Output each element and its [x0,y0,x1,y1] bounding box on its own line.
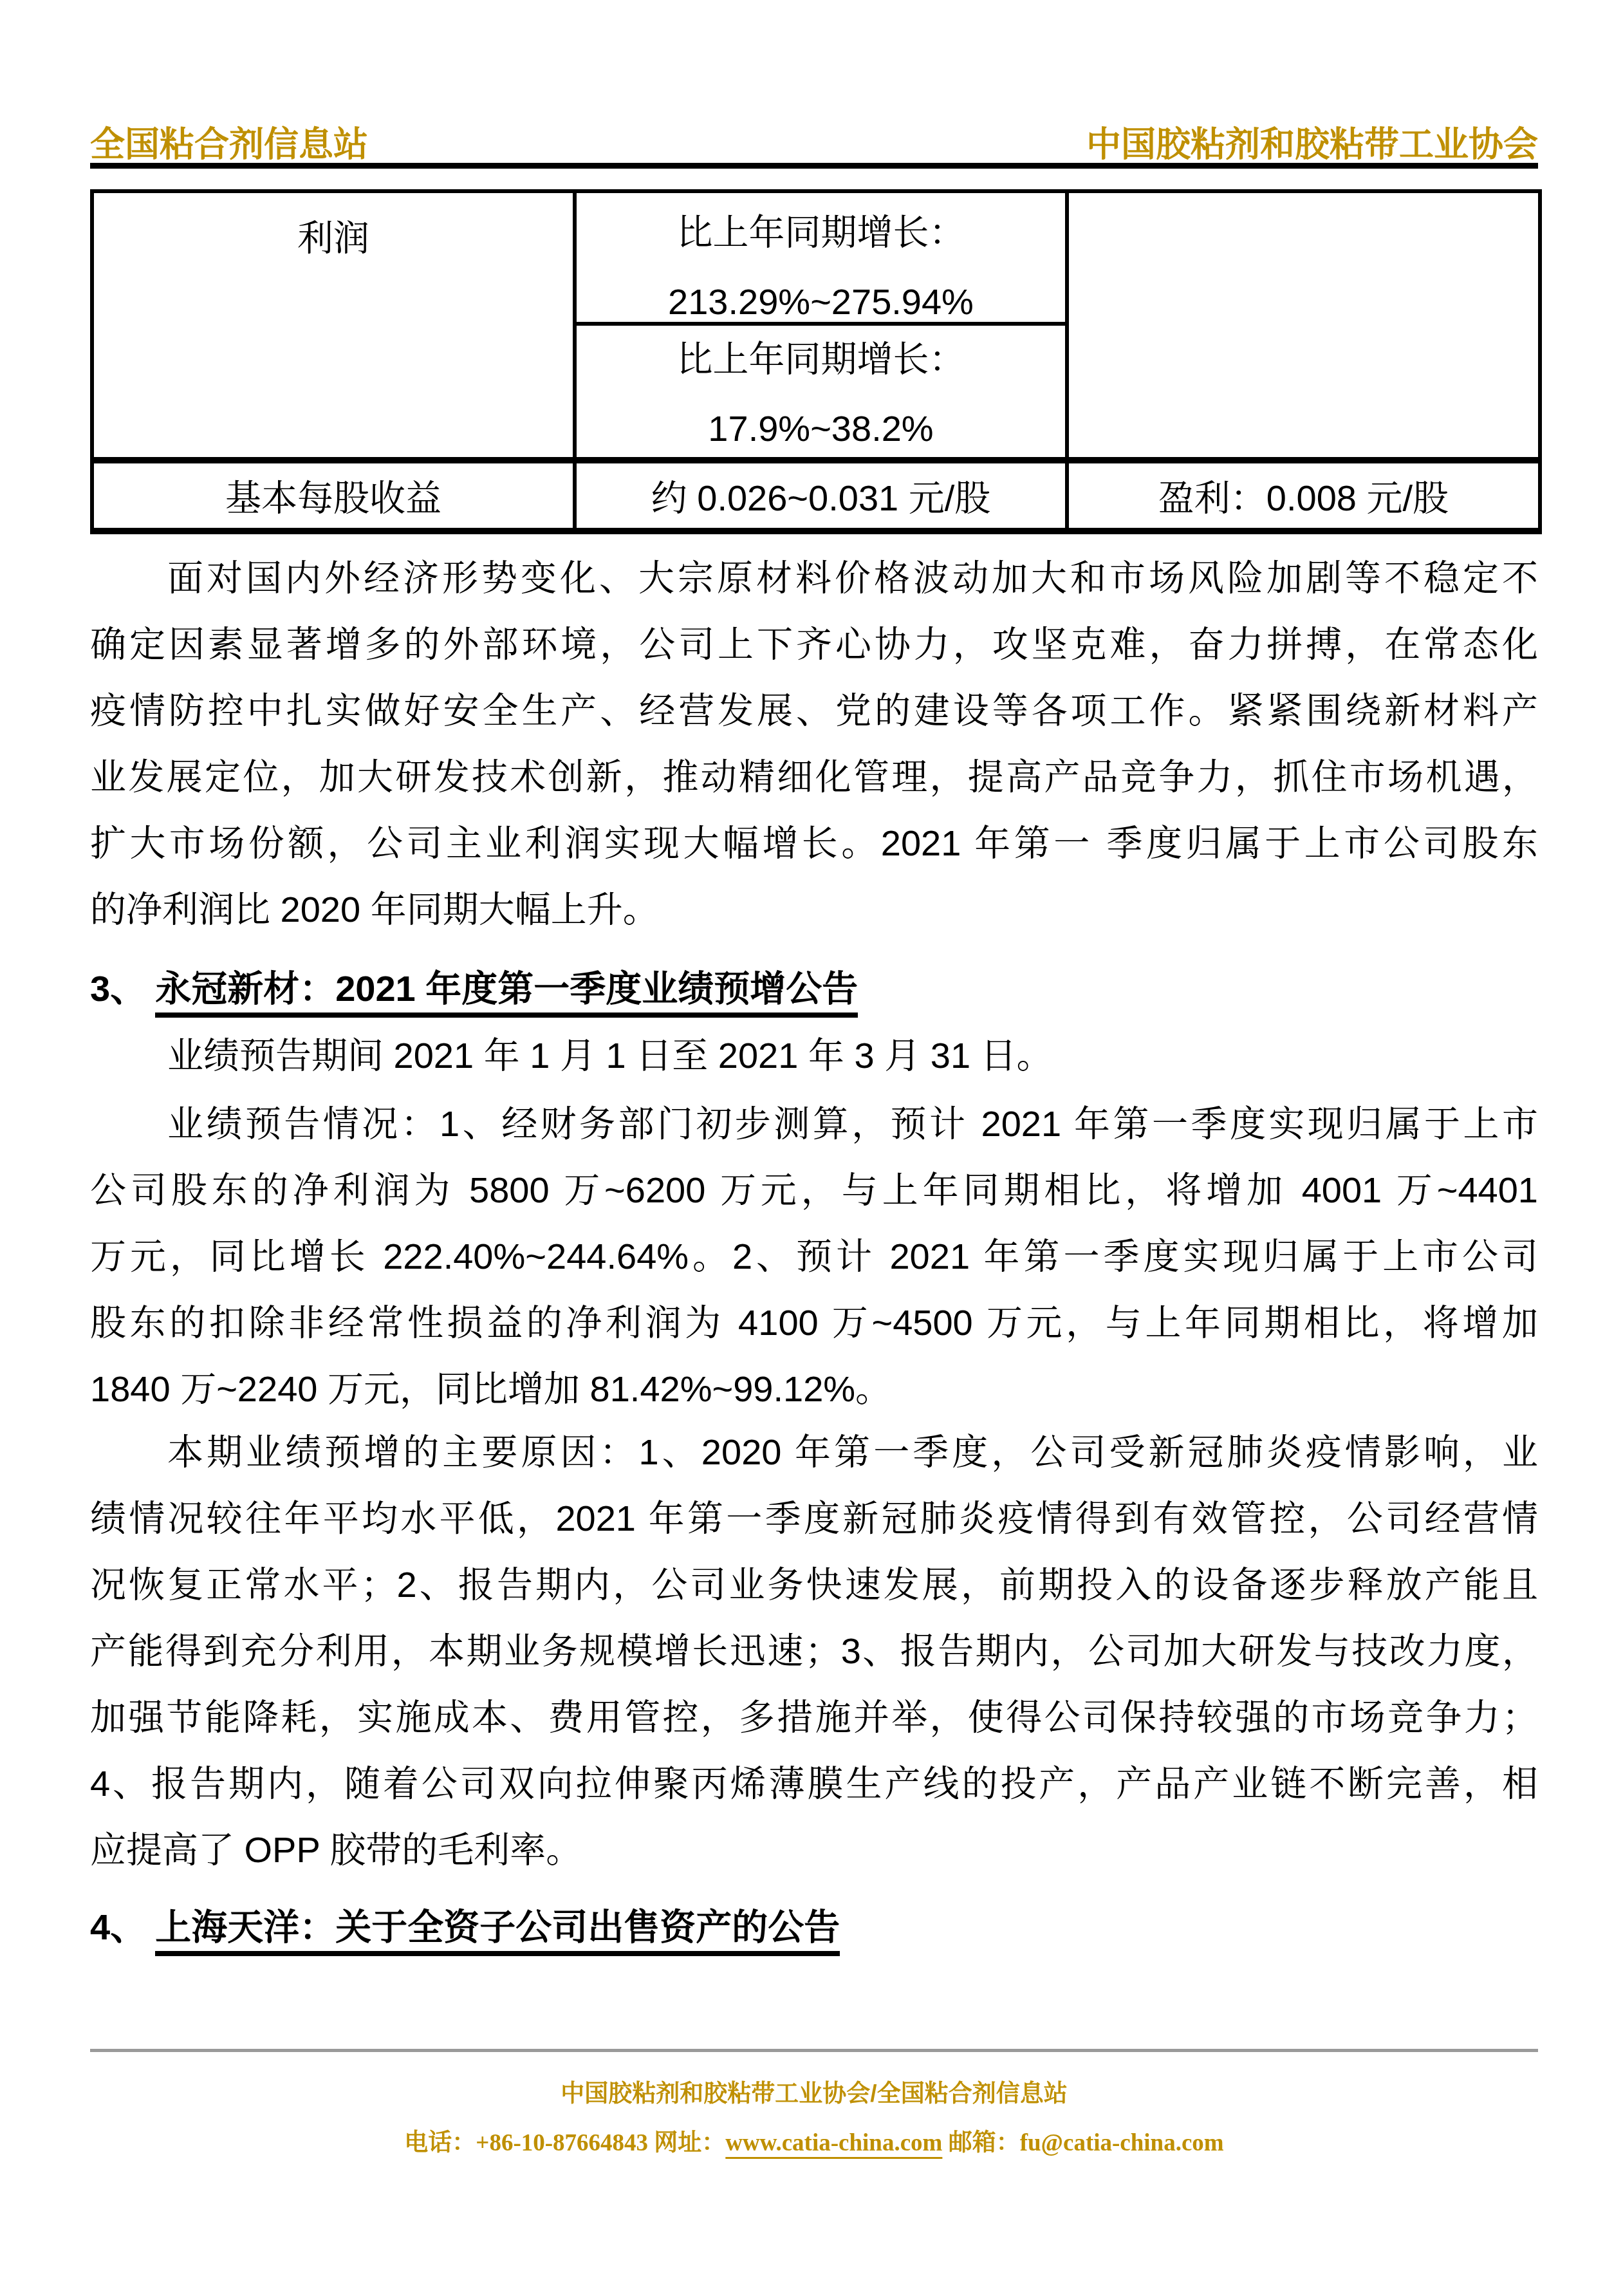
heading-title: 上海天洋：关于全资子公司出售资产的公告 [155,1907,840,1956]
empty-cell [1067,191,1540,460]
growth-bottom-value: 17.9%~38.2% [577,410,1065,447]
body-text-line: 况恢复正常水平；2、报告期内，公司业务快速发展，前期投入的设备逐步释放产能且 [90,1551,1538,1618]
header-left-title: 全国粘合剂信息站 [90,117,368,167]
body-text-line: 股东的扣除非经常性损益的净利润为 4100 万~4500 万元，与上年同期相比，… [90,1289,1538,1356]
document-page: 全国粘合剂信息站 中国胶粘剂和胶粘带工业协会 利润 比上年同期增长： 213.2… [0,0,1623,2296]
footer-contact-line: 电话：+86-10-87664843 网址：www.catia-china.co… [90,2123,1538,2158]
eps-range-cell: 约 0.026~0.031 元/股 [575,460,1067,531]
section-heading-4: 4、上海天洋：关于全资子公司出售资产的公告 [90,1904,840,1950]
footer-email-text: 邮箱：fu@catia-china.com [942,2130,1223,2156]
body-text-line: 加强节能降耗，实施成本、费用管控，多措施并举，使得公司保持较强的市场竞争力； [90,1684,1538,1750]
body-text-line: 应提高了 OPP 胶带的毛利率。 [90,1816,1538,1883]
body-text-line: 万元，同比增长 222.40%~244.64%。2、预计 2021 年第一季度实… [90,1223,1538,1289]
body-text-line: 面对国内外经济形势变化、大宗原材料价格波动加大和市场风险加剧等不稳定不 [90,545,1538,611]
section-heading-3: 3、永冠新材：2021 年度第一季度业绩预增公告 [90,966,858,1012]
website-link[interactable]: www.catia-china.com [725,2130,942,2156]
eps-label-cell: 基本每股收益 [92,460,575,531]
heading-title: 永冠新材：2021 年度第一季度业绩预增公告 [155,968,858,1018]
body-text-line: 4、报告期内，随着公司双向拉伸聚丙烯薄膜生产线的投产，产品产业链不断完善，相 [90,1750,1538,1816]
body-text-line: 本期业绩预增的主要原因：1、2020 年第一季度，公司受新冠肺炎疫情影响，业 [90,1419,1538,1485]
footer-org-line: 中国胶粘剂和胶粘带工业协会/全国粘合剂信息站 [90,2074,1538,2109]
paragraph-1: 面对国内外经济形势变化、大宗原材料价格波动加大和市场风险加剧等不稳定不 确定因素… [90,545,1538,942]
header-divider [90,163,1538,169]
paragraph-3: 本期业绩预增的主要原因：1、2020 年第一季度，公司受新冠肺炎疫情影响，业 绩… [90,1419,1538,1883]
growth-bottom-caption: 比上年同期增长： [577,341,1065,378]
forecast-period-line: 业绩预告期间 2021 年 1 月 1 日至 2021 年 3 月 31 日。 [90,1022,1538,1088]
body-text-line: 业发展定位，加大研发技术创新，推动精细化管理，提高产品竞争力，抓住市场机遇， [90,743,1538,810]
header-right-title: 中国胶粘剂和胶粘带工业协会 [1086,117,1538,167]
body-text-line: 的净利润比 2020 年同期大幅上升。 [90,876,1538,942]
paragraph-2: 业绩预告情况：1、经财务部门初步测算，预计 2021 年第一季度实现归属于上市 … [90,1090,1538,1422]
performance-table: 利润 比上年同期增长： 213.29%~275.94% 比上年同期增长： 17.… [90,189,1542,534]
profit-label: 利润 [297,218,369,258]
body-text-line: 1840 万~2240 万元，同比增加 81.42%~99.12%。 [90,1356,1538,1422]
body-text-line: 扩大市场份额，公司主业利润实现大幅增长。2021 年第一 季度归属于上市公司股东 [90,810,1538,876]
body-text-line: 公司股东的净利润为 5800 万~6200 万元，与上年同期相比，将增加 400… [90,1157,1538,1223]
body-text-line: 绩情况较往年平均水平低，2021 年第一季度新冠肺炎疫情得到有效管控，公司经营情 [90,1485,1538,1551]
eps-prior-cell: 盈利：0.008 元/股 [1067,460,1540,531]
profit-label-cell: 利润 [92,191,575,460]
body-text-line: 确定因素显著增多的外部环境，公司上下齐心协力，攻坚克难，奋力拼搏，在常态化 [90,611,1538,677]
footer-divider [90,2049,1538,2052]
heading-number: 4、 [90,1907,146,1947]
body-text-line: 产能得到充分利用，本期业务规模增长迅速；3、报告期内，公司加大研发与技改力度， [90,1618,1538,1684]
body-text-line: 业绩预告情况：1、经财务部门初步测算，预计 2021 年第一季度实现归属于上市 [90,1090,1538,1157]
page-header: 全国粘合剂信息站 中国胶粘剂和胶粘带工业协会 [90,117,1538,167]
body-text-line: 疫情防控中扎实做好安全生产、经营发展、党的建设等各项工作。紧紧围绕新材料产 [90,677,1538,743]
growth-top-caption: 比上年同期增长： [577,214,1065,251]
footer-phone-text: 电话：+86-10-87664843 网址： [404,2130,725,2156]
heading-number: 3、 [90,968,146,1009]
body-text-line: 业绩预告期间 2021 年 1 月 1 日至 2021 年 3 月 31 日。 [90,1022,1538,1088]
growth-top-cell: 比上年同期增长： 213.29%~275.94% [575,191,1067,324]
growth-bottom-cell: 比上年同期增长： 17.9%~38.2% [575,324,1067,460]
growth-top-value: 213.29%~275.94% [577,283,1065,321]
